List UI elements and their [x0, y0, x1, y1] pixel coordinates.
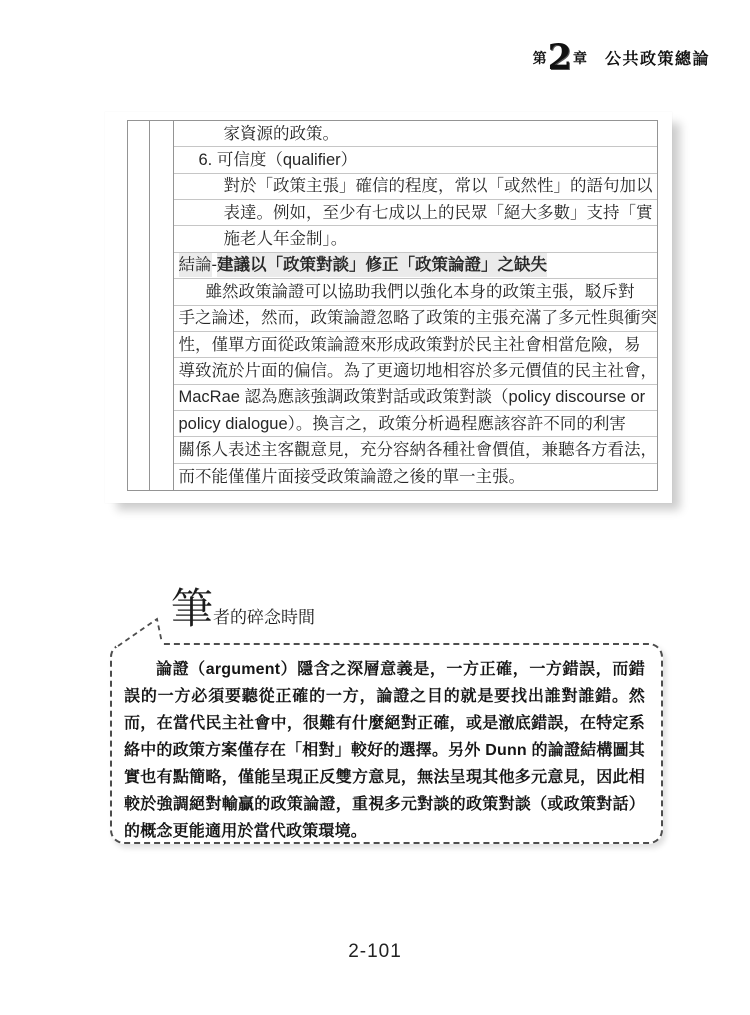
table-row: 6. 可信度（qualifier）: [174, 147, 658, 173]
table-row-text: 關係人表述主客觀意見，充分容納各種社會價值，兼聽各方看法，: [179, 438, 658, 462]
mumble-note-text: 論證（argument）隱含之深層意義是，一方正確，一方錯誤，而錯誤的一方必須要…: [124, 656, 645, 845]
table-row: 雖然政策論證可以協助我們以強化本身的政策主張，駁斥對: [174, 279, 658, 305]
table-row-text: 家資源的政策。: [224, 122, 340, 146]
table-row: 關係人表述主客觀意見，充分容納各種社會價值，兼聽各方看法，: [174, 437, 658, 463]
table-row: policy dialogue）。換言之，政策分析過程應該容許不同的利害: [174, 411, 658, 437]
mumble-heading-big-char: 筆: [171, 585, 213, 632]
mumble-heading-rest: 者的碎念時間: [213, 608, 315, 627]
chapter-prefix: 第: [533, 48, 547, 68]
mumble-note-box: 論證（argument）隱含之深層意義是，一方正確，一方錯誤，而錯誤的一方必須要…: [110, 643, 663, 844]
page-number: 2-101: [0, 941, 750, 963]
table-empty-column-2: [150, 121, 173, 490]
table-row: 性，僅單方面從政策論證來形成政策對於民主社會相當危險，易: [174, 332, 658, 358]
table-row: 導致流於片面的偏信。為了更適切地相容於多元價值的民主社會，: [174, 358, 658, 384]
table-row-text: 結論: [179, 253, 212, 277]
table-row-text: 雖然政策論證可以協助我們以強化本身的政策主張，駁斥對: [206, 280, 635, 304]
table-row-text: 手之論述，然而，政策論證忽略了政策的主張充滿了多元性與衝突: [179, 306, 658, 330]
book-page: 第 2 章 公共政策總論 家資源的政策。6. 可信度（qualifier）對於「…: [0, 0, 750, 1015]
table-row: 施老人年金制」。: [174, 226, 658, 252]
table-row-text: MacRae 認為應該強調政策對話或政策對談（policy discourse …: [179, 385, 646, 409]
table-empty-column-1: [128, 121, 150, 490]
table-row: 表達。例如，至少有七成以上的民眾「絕大多數」支持「實: [174, 200, 658, 226]
table-row-text: 6. 可信度（qualifier）: [199, 148, 358, 172]
policy-argument-table: 家資源的政策。6. 可信度（qualifier）對於「政策主張」確信的程度，常以…: [127, 120, 658, 491]
chapter-suffix: 章: [573, 48, 587, 68]
scanned-table-block: 家資源的政策。6. 可信度（qualifier）對於「政策主張」確信的程度，常以…: [105, 112, 672, 503]
table-row-text: 表達。例如，至少有七成以上的民眾「絕大多數」支持「實: [224, 201, 653, 225]
chapter-title: 公共政策總論: [605, 46, 710, 69]
table-row: 家資源的政策。: [174, 121, 658, 147]
bubble-tail-icon: [104, 606, 174, 650]
table-row: 結論 - 建議以「政策對談」修正「政策論證」之缺失: [174, 253, 658, 279]
chapter-number: 2: [548, 40, 572, 75]
table-row: 手之論述，然而，政策論證忽略了政策的主張充滿了多元性與衝突: [174, 306, 658, 332]
table-row-text: 而不能僅僅片面接受政策論證之後的單一主張。: [179, 465, 526, 489]
table-row: 對於「政策主張」確信的程度，常以「或然性」的語句加以: [174, 174, 658, 200]
table-content-rows: 家資源的政策。6. 可信度（qualifier）對於「政策主張」確信的程度，常以…: [174, 121, 658, 490]
table-row: 而不能僅僅片面接受政策論證之後的單一主張。: [174, 464, 658, 490]
table-row-text: 對於「政策主張」確信的程度，常以「或然性」的語句加以: [224, 174, 653, 198]
table-row-text: 建議以「政策對談」修正「政策論證」之缺失: [217, 253, 547, 277]
table-row-text: 施老人年金制」。: [224, 227, 348, 251]
mumble-heading: 筆者的碎念時間: [171, 588, 315, 630]
table-row-text: policy dialogue）。換言之，政策分析過程應該容許不同的利害: [179, 412, 626, 436]
chapter-header: 第 2 章 公共政策總論: [533, 40, 710, 75]
table-row: MacRae 認為應該強調政策對話或政策對談（policy discourse …: [174, 385, 658, 411]
table-row-text: 性，僅單方面從政策論證來形成政策對於民主社會相當危險，易: [179, 333, 641, 357]
table-row-text: 導致流於片面的偏信。為了更適切地相容於多元價值的民主社會，: [179, 359, 658, 383]
